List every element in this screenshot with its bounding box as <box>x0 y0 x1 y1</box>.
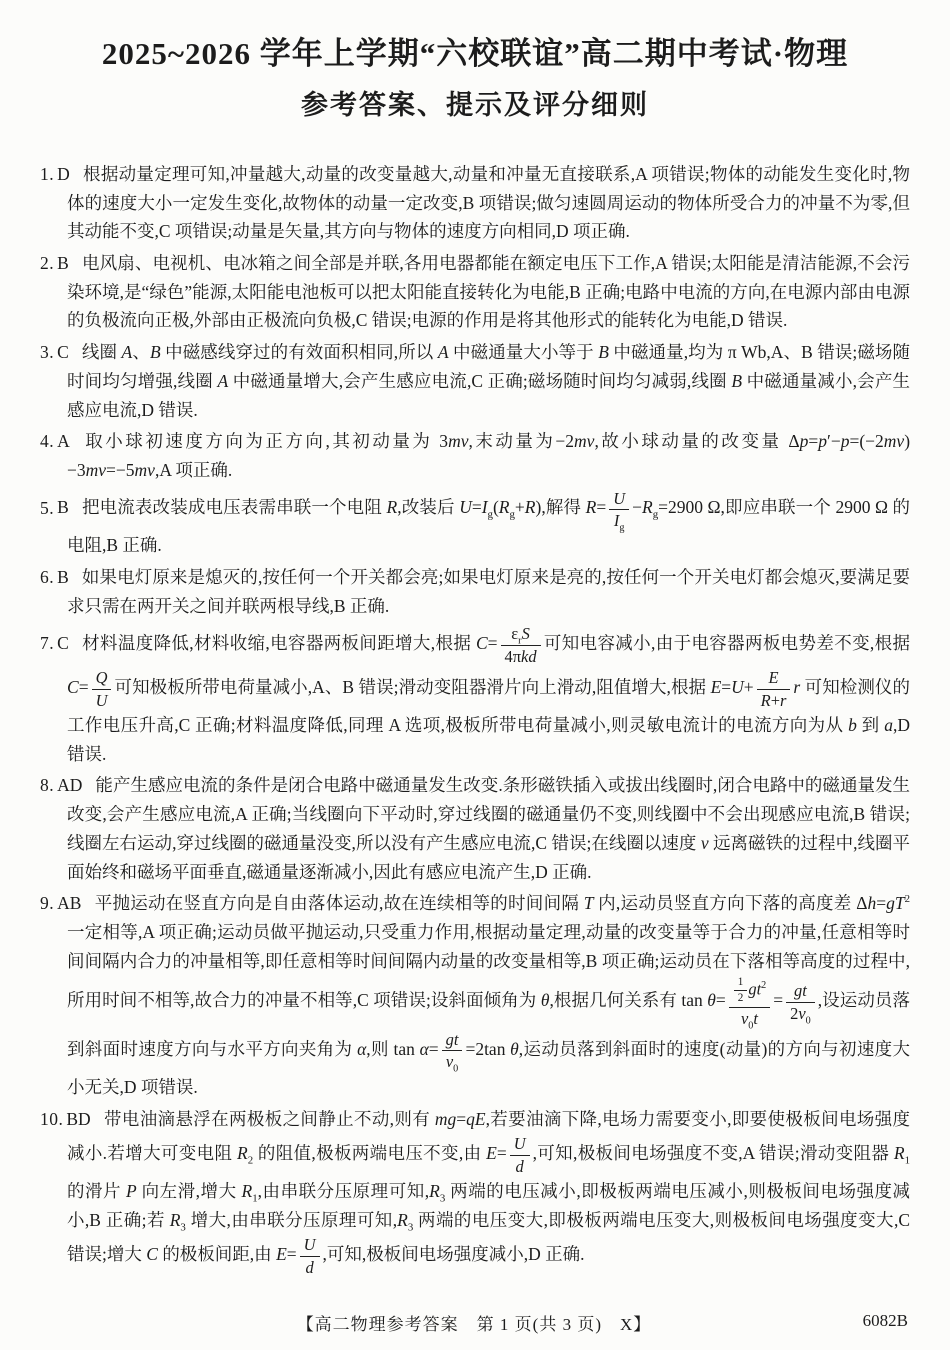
explanation-text: 线圈 A、B 中磁感线穿过的有效面积相同,所以 A 中磁通量大小等于 B 中磁通… <box>67 342 910 419</box>
question-number: 9. <box>40 893 54 913</box>
explanation-text: 带电油滴悬浮在两极板之间静止不动,则有 mg=qE,若要油滴下降,电场力需要变小… <box>67 1109 910 1265</box>
answer-letter: D <box>57 164 70 184</box>
question-number: 3. <box>40 342 54 362</box>
fraction: 12gt2v0t <box>729 976 770 1028</box>
answer-list: 1.D根据动量定理可知,冲量越大,动量的改变量越大,动量和冲量无直接联系,A 项… <box>40 160 910 1278</box>
footer-paper-code: 6082B <box>863 1311 908 1331</box>
question-number: 2. <box>40 253 54 273</box>
fraction: QU <box>92 668 112 710</box>
explanation-text: 取小球初速度方向为正方向,其初动量为 3mv,末动量为−2mv,故小球动量的改变… <box>67 431 910 480</box>
fraction: ER+r <box>757 668 791 710</box>
answer-letter: B <box>57 497 69 517</box>
answer-letter: A <box>57 431 70 451</box>
footer-page-info: 【高二物理参考答案 第 1 页(共 3 页) X】 <box>40 1310 908 1335</box>
explanation-text: 材料温度降低,材料收缩,电容器两板间距增大,根据 C=εrS4πkd可知电容减小… <box>67 633 910 763</box>
answer-letter: B <box>57 253 69 273</box>
answer-letter: AB <box>57 893 81 913</box>
fraction: 12 <box>734 976 748 1005</box>
answer-item: 10.BD带电油滴悬浮在两极板之间静止不动,则有 mg=qE,若要油滴下降,电场… <box>40 1105 910 1279</box>
answer-letter: C <box>57 633 69 653</box>
explanation-text: 如果电灯原来是熄灭的,按任何一个开关都会亮;如果电灯原来是亮的,按任何一个开关电… <box>67 567 910 616</box>
explanation-text: 电风扇、电视机、电冰箱之间全部是并联,各用电器都能在额定电压下工作,A 错误;太… <box>67 253 910 330</box>
answer-item: 7.C材料温度降低,材料收缩,电容器两板间距增大,根据 C=εrS4πkd可知电… <box>40 623 910 768</box>
answer-item: 6.B如果电灯原来是熄灭的,按任何一个开关都会亮;如果电灯原来是亮的,按任何一个… <box>40 563 910 620</box>
fraction: UIg <box>609 489 629 531</box>
exam-answer-page: 2025~2026 学年上学期“六校联谊”高二期中考试·物理 参考答案、提示及评… <box>0 0 950 1350</box>
answer-item: 8.AD能产生感应电流的条件是闭合电路中磁通量发生改变.条形磁铁插入或拔出线圈时… <box>40 771 910 886</box>
answer-letter: C <box>57 342 69 362</box>
answer-item: 2.B电风扇、电视机、电冰箱之间全部是并联,各用电器都能在额定电压下工作,A 错… <box>40 249 910 335</box>
fraction: gt2v0 <box>786 981 815 1023</box>
fraction: Ud <box>300 1235 320 1277</box>
footer: 【高二物理参考答案 第 1 页(共 3 页) X】 6082B <box>40 1310 908 1334</box>
fraction: εrS4πkd <box>501 624 541 666</box>
answer-item: 1.D根据动量定理可知,冲量越大,动量的改变量越大,动量和冲量无直接联系,A 项… <box>40 160 910 246</box>
answer-item: 9.AB平抛运动在竖直方向是自由落体运动,故在连续相等的时间间隔 T 内,运动员… <box>40 889 910 1101</box>
question-number: 6. <box>40 567 54 587</box>
answer-item: 4.A取小球初速度方向为正方向,其初动量为 3mv,末动量为−2mv,故小球动量… <box>40 427 910 484</box>
explanation-text: 平抛运动在竖直方向是自由落体运动,故在连续相等的时间间隔 T 内,运动员竖直方向… <box>67 893 910 1097</box>
question-number: 8. <box>40 775 54 795</box>
header: 2025~2026 学年上学期“六校联谊”高二期中考试·物理 参考答案、提示及评… <box>40 28 910 122</box>
answer-letter: B <box>57 567 69 587</box>
explanation-text: 能产生感应电流的条件是闭合电路中磁通量发生改变.条形磁铁插入或拔出线圈时,闭合电… <box>67 775 910 881</box>
answer-item: 5.B把电流表改装成电压表需串联一个电阻 R,改装后 U=Ig(Rg+R),解得… <box>40 488 910 561</box>
answer-item: 3.C线圈 A、B 中磁感线穿过的有效面积相同,所以 A 中磁通量大小等于 B … <box>40 338 910 424</box>
answer-letter: AD <box>57 775 82 795</box>
explanation-text: 把电流表改装成电压表需串联一个电阻 R,改装后 U=Ig(Rg+R),解得 R=… <box>67 497 910 555</box>
question-number: 7. <box>40 633 54 653</box>
fraction: gtv0 <box>442 1030 463 1072</box>
question-number: 5. <box>40 497 54 517</box>
answer-letter: BD <box>66 1109 90 1129</box>
page-subtitle: 参考答案、提示及评分细则 <box>40 83 910 122</box>
question-number: 1. <box>40 164 54 184</box>
explanation-text: 根据动量定理可知,冲量越大,动量的改变量越大,动量和冲量无直接联系,A 项错误;… <box>67 164 910 241</box>
question-number: 10. <box>40 1109 63 1129</box>
fraction: Ud <box>510 1134 530 1176</box>
question-number: 4. <box>40 431 54 451</box>
page-title: 2025~2026 学年上学期“六校联谊”高二期中考试·物理 <box>40 28 910 73</box>
